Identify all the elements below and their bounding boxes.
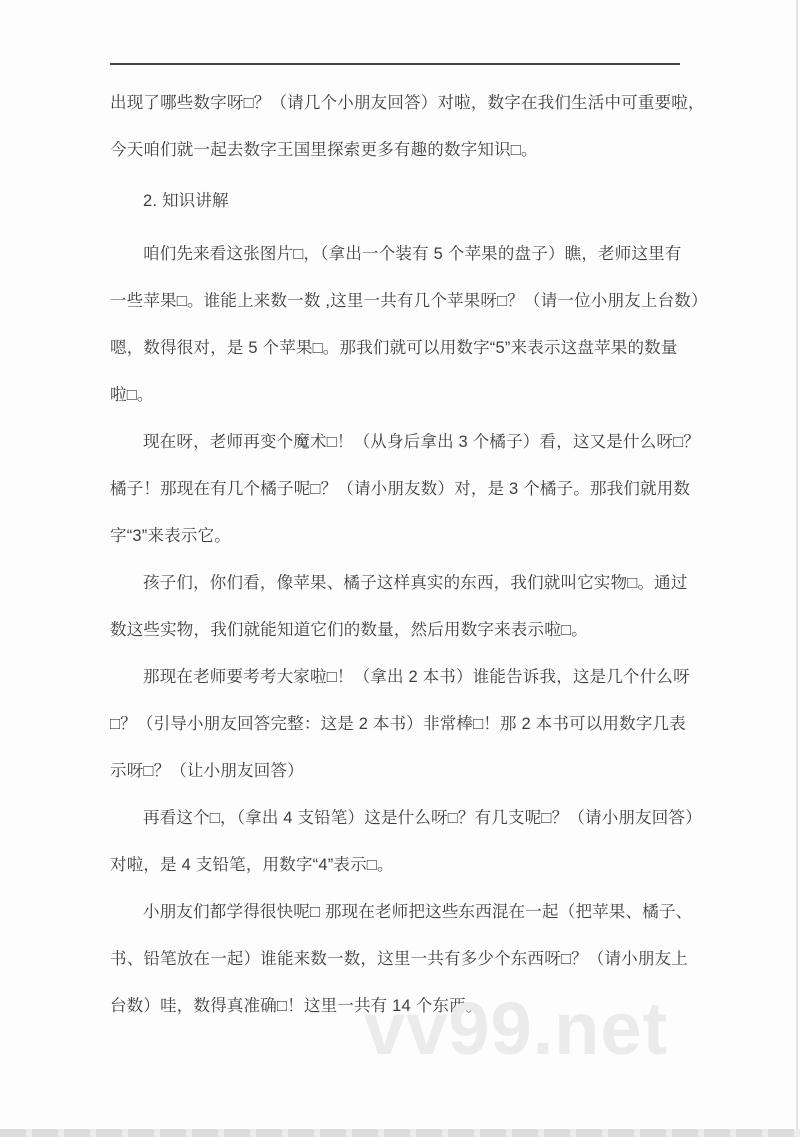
document-body: 出现了哪些数字呀□？（请几个小朋友回答）对啦，数字在我们生活中可重要啦， 今天咱… <box>110 80 688 1030</box>
section-heading: 2. 知识讲解 <box>110 178 688 225</box>
text-line: 对啦，是 4 支铅笔，用数字“4”表示□。 <box>110 842 688 889</box>
text-line: 今天咱们就一起去数字王国里探索更多有趣的数字知识□。 <box>110 127 688 174</box>
text-line: 小朋友们都学得很快呢□ 那现在老师把这些东西混在一起（把苹果、橘子、 <box>110 889 688 936</box>
text-line: 孩子们，你们看，像苹果、橘子这样真实的东西，我们就叫它实物□。通过 <box>110 560 688 607</box>
text-line: 再看这个□，（拿出 4 支铅笔）这是什么呀□？有几支呢□？（请小朋友回答） <box>110 795 688 842</box>
text-line: 示呀□？（让小朋友回答） <box>110 748 688 795</box>
text-line: 那现在老师要考考大家啦□！（拿出 2 本书）谁能告诉我，这是几个什么呀 <box>110 654 688 701</box>
text-line: 数这些实物，我们就能知道它们的数量，然后用数字来表示啦□。 <box>110 607 688 654</box>
document-page: 出现了哪些数字呀□？（请几个小朋友回答）对啦，数字在我们生活中可重要啦， 今天咱… <box>0 0 800 1137</box>
text-line: 啦□。 <box>110 372 688 419</box>
text-line: 橘子！那现在有几个橘子呢□？（请小朋友数）对，是 3 个橘子。那我们就用数 <box>110 466 688 513</box>
watermark: vv99.net <box>364 992 668 1066</box>
text-line: 嗯，数得很对，是 5 个苹果□。那我们就可以用数字“5”来表示这盘苹果的数量 <box>110 325 688 372</box>
page-right-edge <box>796 0 798 1137</box>
header-rule <box>110 63 680 65</box>
text-line: 咱们先来看这张图片□，（拿出一个装有 5 个苹果的盘子）瞧，老师这里有 <box>110 231 688 278</box>
page-bottom-edge <box>0 1129 800 1137</box>
text-line: □？（引导小朋友回答完整：这是 2 本书）非常棒□！那 2 本书可以用数字几表 <box>110 701 688 748</box>
text-line: 现在呀，老师再变个魔术□！（从身后拿出 3 个橘子）看，这又是什么呀□？ <box>110 419 688 466</box>
text-line: 书、铅笔放在一起）谁能来数一数，这里一共有多少个东西呀□？（请小朋友上 <box>110 936 688 983</box>
text-line: 出现了哪些数字呀□？（请几个小朋友回答）对啦，数字在我们生活中可重要啦， <box>110 80 688 127</box>
text-line: 字“3”来表示它。 <box>110 513 688 560</box>
text-line: 一些苹果□。谁能上来数一数 ,这里一共有几个苹果呀□？（请一位小朋友上台数） <box>110 278 688 325</box>
